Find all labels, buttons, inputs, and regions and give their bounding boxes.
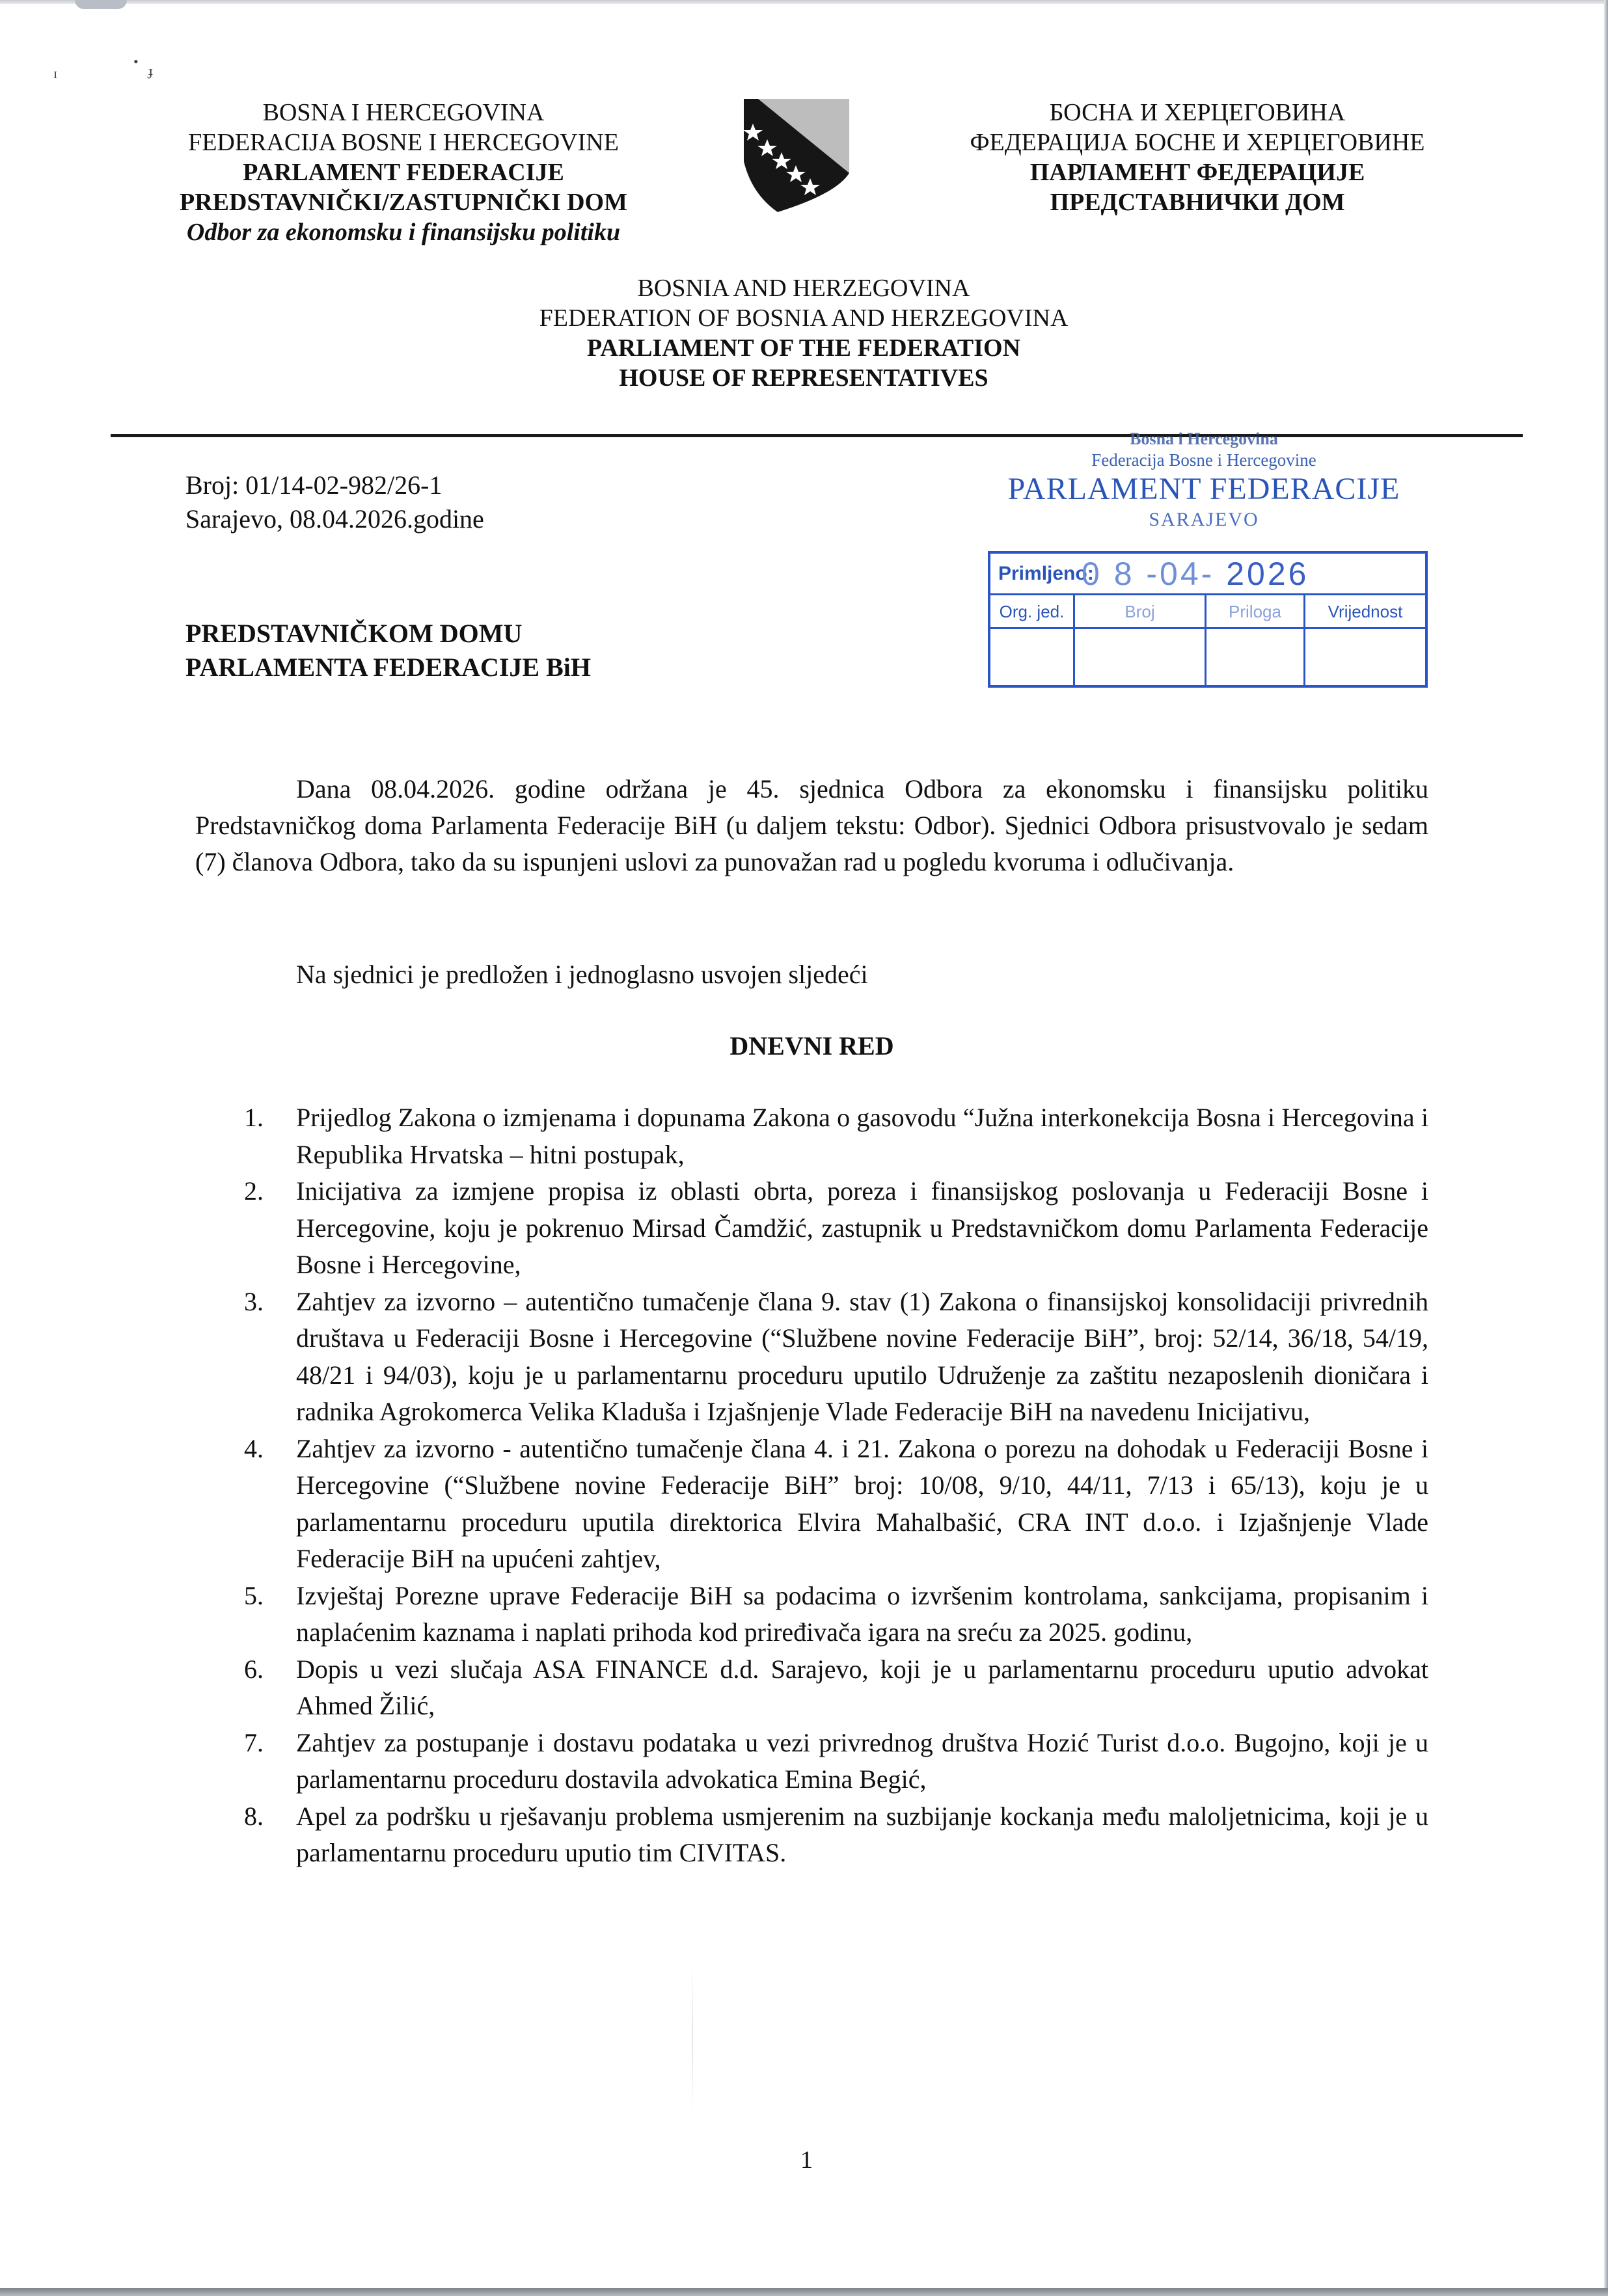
letterhead-entity-en: FEDERATION OF BOSNIA AND HERZEGOVINA (390, 303, 1217, 333)
received-stamp: Bosna i Hercegovina Federacija Bosne i H… (970, 429, 1438, 532)
stamp-col-label: Org. jed. (990, 595, 1073, 629)
scan-edge-top (0, 0, 1608, 4)
agenda-title: DNEVNI RED (195, 1028, 1428, 1064)
letterhead-house-cyr: ПРЕДСТАВНИЧКИ ДОМ (898, 187, 1497, 217)
agenda-item-text: Izvještaj Porezne uprave Federacije BiH … (296, 1581, 1428, 1647)
stamp-col-org: Org. jed. (990, 595, 1075, 688)
document-reference: Broj: 01/14-02-982/26-1 Sarajevo, 08.04.… (185, 468, 484, 536)
reference-place-date: Sarajevo, 08.04.2026.godine (185, 502, 484, 536)
scan-artifact (75, 0, 127, 9)
agenda-item-text: Zahtjev za postupanje i dostavu podataka… (296, 1728, 1428, 1794)
letterhead-english: BOSNIA AND HERZEGOVINA FEDERATION OF BOS… (390, 273, 1217, 393)
scan-speck: ɪ (53, 65, 57, 82)
letterhead-parliament-en: PARLIAMENT OF THE FEDERATION (390, 333, 1217, 363)
stamp-line-entity: Federacija Bosne i Hercegovine (970, 449, 1438, 471)
agenda-item-number: 6. (244, 1651, 264, 1688)
agenda-item-number: 3. (244, 1284, 264, 1321)
stamp-received-row: Primljeno: 0 8 -04- 2026 (990, 554, 1425, 595)
letterhead-country: BOSNA I HERCEGOVINA (133, 98, 674, 128)
agenda-item-number: 4. (244, 1431, 264, 1468)
stamp-date-year: 2026 (1226, 556, 1309, 592)
letterhead-committee: Odbor za ekonomsku i finansijsku politik… (133, 217, 674, 247)
stamp-registry-box: Primljeno: 0 8 -04- 2026 Org. jed. Broj … (988, 551, 1428, 688)
agenda-item: 5.Izvještaj Porezne uprave Federacije Bi… (195, 1578, 1428, 1651)
stamp-line-country: Bosna i Hercegovina (970, 429, 1438, 449)
reference-number: Broj: 01/14-02-982/26-1 (185, 468, 484, 502)
agenda-item-number: 1. (244, 1100, 264, 1137)
agenda-item-text: Zahtjev za izvorno - autentično tumačenj… (296, 1434, 1428, 1574)
agenda-item-text: Apel za podršku u rješavanju problema us… (296, 1802, 1428, 1868)
stamp-date-daymonth: 0 8 -04- (1082, 556, 1214, 592)
letterhead-country-en: BOSNIA AND HERZEGOVINA (390, 273, 1217, 303)
agenda-list: 1.Prijedlog Zakona o izmjenama i dopunam… (195, 1100, 1428, 1872)
stamp-col-value: Vrijednost (1305, 595, 1425, 688)
agenda-item: 2.Inicijativa za izmjene propisa iz obla… (195, 1173, 1428, 1284)
stamp-grid: Org. jed. Broj Priloga Vrijednost (990, 595, 1425, 688)
agenda-item: 6.Dopis u vezi slučaja ASA FINANCE d.d. … (195, 1651, 1428, 1725)
stamp-received-label: Primljeno: (998, 563, 1094, 585)
letterhead-parliament: PARLAMENT FEDERACIJE (133, 157, 674, 187)
letterhead-entity-cyr: ФЕДЕРАЦИЈА БОСНЕ И ХЕРЦЕГОВИНЕ (898, 128, 1497, 157)
stamp-col-label: Vrijednost (1305, 595, 1425, 629)
letterhead-house: PREDSTAVNIČKI/ZASTUPNIČKI DOM (133, 187, 674, 217)
scan-edge-bottom (0, 2288, 1608, 2296)
addressee-line-2: PARLAMENTA FEDERACIJE BiH (185, 651, 591, 684)
adoption-paragraph: Na sjednici je predložen i jednoglasno u… (195, 956, 1428, 993)
letterhead-country-cyr: БОСНА И ХЕРЦЕГОВИНА (898, 98, 1497, 128)
page-number: 1 (800, 2146, 813, 2174)
agenda-item: 8.Apel za podršku u rješavanju problema … (195, 1798, 1428, 1872)
agenda-item: 3.Zahtjev za izvorno – autentično tumače… (195, 1284, 1428, 1431)
intro-paragraph: Dana 08.04.2026. godine održana je 45. s… (195, 771, 1428, 880)
letterhead-house-en: HOUSE OF REPRESENTATIVES (390, 363, 1217, 393)
scan-edge-right (1604, 0, 1608, 2296)
agenda-item: 4.Zahtjev za izvorno - autentično tumače… (195, 1431, 1428, 1578)
coat-of-arms-icon (739, 96, 856, 213)
letterhead-entity: FEDERACIJA BOSNE I HERCEGOVINE (133, 128, 674, 157)
stamp-col-attachments: Priloga (1206, 595, 1305, 688)
stamp-col-number: Broj (1075, 595, 1206, 688)
agenda-item-text: Zahtjev za izvorno – autentično tumačenj… (296, 1287, 1428, 1427)
stamp-col-label: Broj (1075, 595, 1205, 629)
stamp-line-city: SARAJEVO (970, 507, 1438, 532)
scan-speck: • (133, 53, 139, 70)
agenda-item-text: Prijedlog Zakona o izmjenama i dopunama … (296, 1103, 1428, 1169)
agenda-item: 1.Prijedlog Zakona o izmjenama i dopunam… (195, 1100, 1428, 1173)
addressee: PREDSTAVNIČKOM DOMU PARLAMENTA FEDERACIJ… (185, 617, 591, 684)
scan-speck: ɟ (148, 62, 153, 79)
agenda-item: 7.Zahtjev za postupanje i dostavu podata… (195, 1725, 1428, 1798)
agenda-item-number: 7. (244, 1725, 264, 1762)
agenda-item-text: Inicijativa za izmjene propisa iz oblast… (296, 1176, 1428, 1279)
addressee-line-1: PREDSTAVNIČKOM DOMU (185, 617, 591, 651)
scan-artifact (692, 1965, 693, 2114)
agenda-item-number: 5. (244, 1578, 264, 1615)
agenda-item-number: 2. (244, 1173, 264, 1210)
letterhead-right-cyrillic: БОСНА И ХЕРЦЕГОВИНА ФЕДЕРАЦИЈА БОСНЕ И Х… (898, 98, 1497, 217)
stamp-received-date: 0 8 -04- 2026 (1082, 555, 1309, 593)
agenda-item-text: Dopis u vezi slučaja ASA FINANCE d.d. Sa… (296, 1654, 1428, 1721)
letterhead-parliament-cyr: ПАРЛАМЕНТ ФЕДЕРАЦИЈЕ (898, 157, 1497, 187)
agenda-item-number: 8. (244, 1798, 264, 1835)
letterhead-left: BOSNA I HERCEGOVINA FEDERACIJA BOSNE I H… (133, 98, 674, 247)
stamp-col-label: Priloga (1206, 595, 1303, 629)
stamp-line-parliament: PARLAMENT FEDERACIJE (970, 471, 1438, 507)
